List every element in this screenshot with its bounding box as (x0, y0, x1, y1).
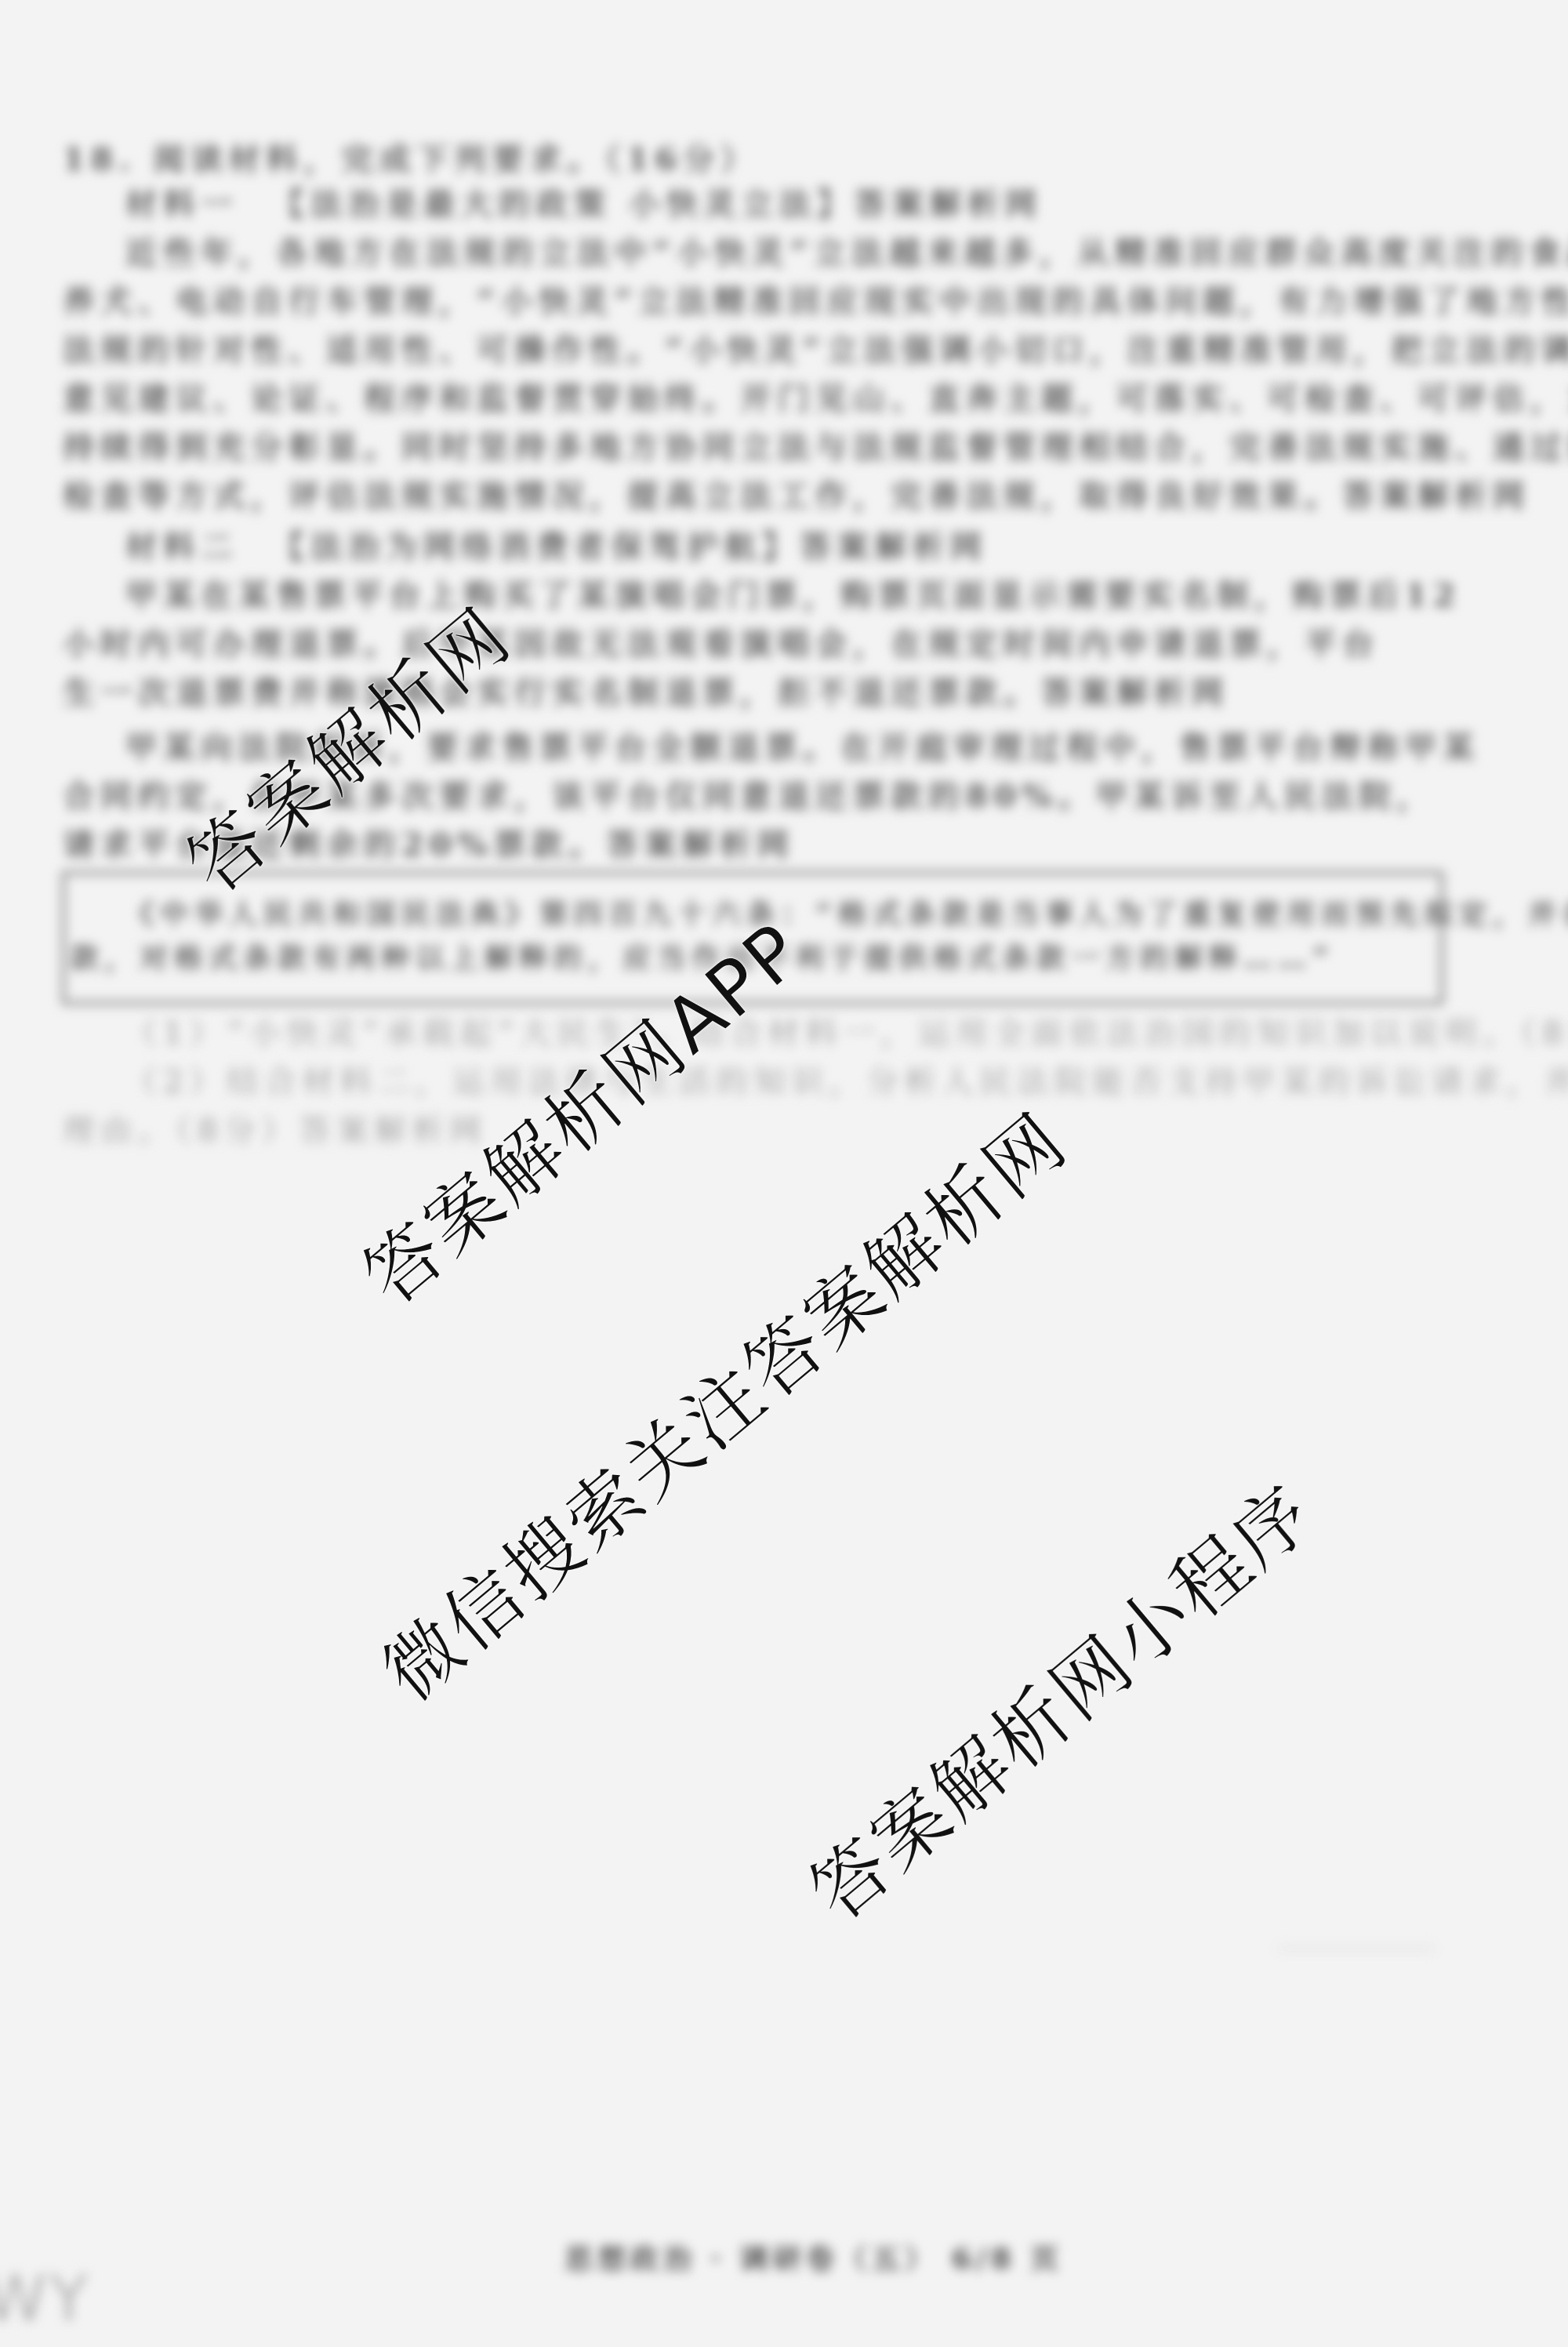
question-2-cont: 理由。（8分）答案解析网 (63, 1110, 487, 1151)
material-1-label: 材料一 (125, 186, 238, 223)
material-2-line: 生一次退票费并称演唱会实行实名制退票，拒不退还票款。答案解析网 (63, 673, 1229, 714)
question-header: 18. 阅读材料，完成下列要求。（16分） (63, 140, 758, 180)
material-1-line: 养犬、电动自行车管理，“小快灵”立法精准回应现实中出现的具体问题，有力增强了地方… (63, 282, 1568, 322)
question-1: （1）“小快灵”承载起“大民生”。结合材料一，运用全面依法治国的知识加以说明。（… (125, 1013, 1568, 1054)
exam-page: 18. 阅读材料，完成下列要求。（16分） 材料一 【法治是最大的政策 小快灵立… (0, 0, 1568, 2347)
material-1-line: 近些年，各地方在法规的立法中“小快灵”立法越来越多，从精准回应群众高度关注的食品… (125, 233, 1568, 274)
blurred-document-body: 18. 阅读材料，完成下列要求。（16分） 材料一 【法治是最大的政策 小快灵立… (0, 0, 1568, 2347)
material-1-line: 持续得到充分彰显。同时坚持多地方协同立法与法规监督管理相结合，完善法规实施、通过… (63, 427, 1568, 468)
corner-mark: WY (0, 2262, 91, 2335)
question-2: （2）结合材料二，运用法律与生活的知识，分析人民法院能否支持甲某的诉讼请求，并阐… (125, 1062, 1568, 1103)
material-1-heading: 材料一 【法治是最大的政策 小快灵立法】答案解析网 (125, 184, 1043, 225)
material-1-line: 意见建议、论证、程序和监督贯穿始终。开门见山、直奔主题，可落实、可检查、可评估，… (63, 379, 1568, 420)
material-1-title: 【法治是最大的政策 小快灵立法】答案解析网 (273, 186, 1043, 223)
material-2-line: 小时内可办理退票。后甲某因故无法观看演唱会，在规定时间内申请退票，平台 (63, 624, 1380, 665)
material-2-line: 甲某在某售票平台上购买了某演唱会门票，购票页面显示需要实名制，购票后12 (125, 576, 1461, 616)
material-2-title: 【法治为网络消费者保驾护航】答案解析网 (273, 529, 988, 565)
material-2-heading: 材料二 【法治为网络消费者保驾护航】答案解析网 (125, 527, 988, 568)
citation-line: 《中华人民共和国民法典》第四百九十六条：“格式条款是当事人为了重复使用而预先拟定… (125, 894, 1568, 935)
material-1-line: 法规的针对性、适用性、可操作性。“小快灵”立法强调小切口，注重精准管用，把立法的… (63, 330, 1568, 371)
faint-rule (1278, 1946, 1435, 1951)
material-1-line: 检查等方式，评估法规实施情况，提高立法工作，完善法规，取得良好效果。答案解析网 (63, 476, 1530, 517)
page-footer: 思想政治 · 调研卷（五） 6/8 页 (564, 2237, 1063, 2277)
material-2-label: 材料二 (125, 529, 238, 565)
